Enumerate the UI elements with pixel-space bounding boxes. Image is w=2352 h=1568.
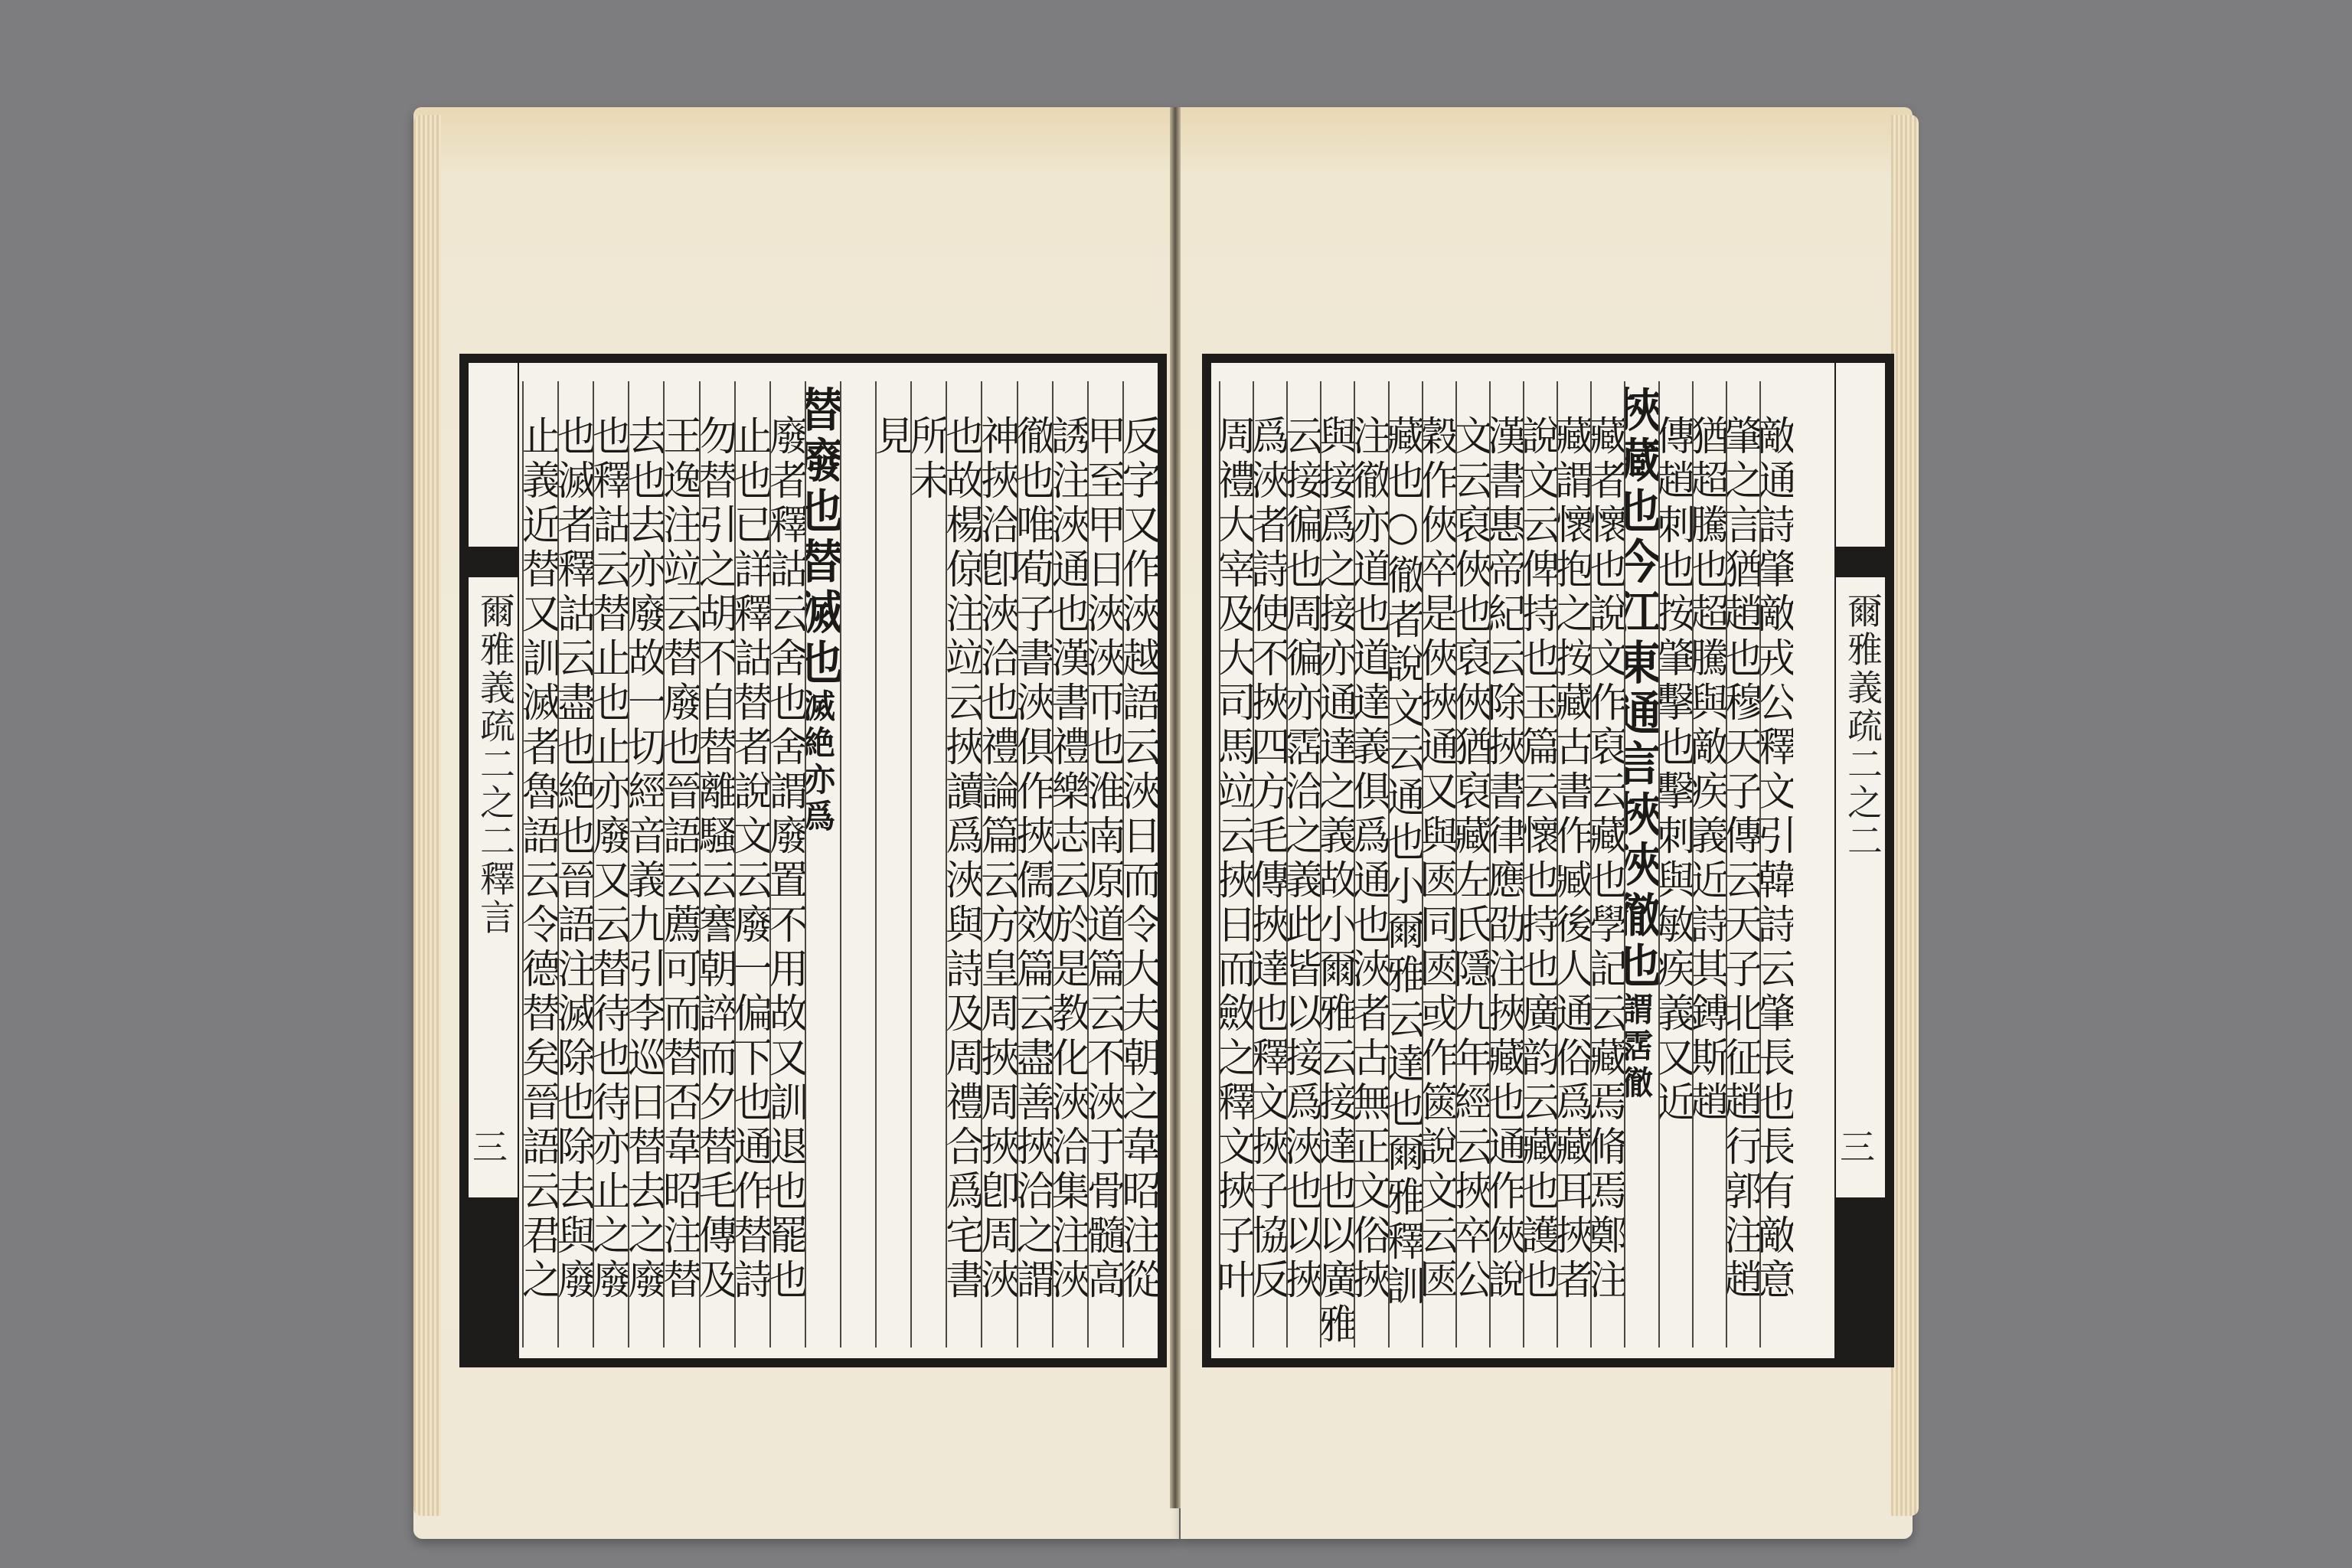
text-column: 神挾洽卽浹洽也禮論篇云方皇周挾周挾卽周浹 bbox=[981, 381, 1016, 1347]
headword-note: 謂霑徹 bbox=[1624, 992, 1654, 1102]
text-column: 敵通詩肇敵戎公釋文引韓詩云肇長也長有敵意 bbox=[1759, 381, 1793, 1347]
text-column: 文云裒俠也裒俠猶裒藏左氏隱九年經云挾卒公 bbox=[1455, 381, 1489, 1347]
headword: 替廢也替滅也 bbox=[805, 386, 840, 689]
text-column: 廢者釋詁云舍也舍謂廢置不用故又訓退也罷也 bbox=[769, 381, 805, 1347]
text-column: 猶超騰也超騰與敵疾義近詩其鎛斯趙 bbox=[1692, 381, 1726, 1347]
text-column: 藏也○徹者說文云通也小爾雅云達也爾雅釋訓 bbox=[1388, 381, 1422, 1347]
headword-column: 替廢也替滅也滅絶亦爲 bbox=[805, 381, 840, 1347]
text-column: 穀作俠卒是俠挾通又與匧同匧或作篋說文云匧 bbox=[1422, 381, 1455, 1347]
text-column: 止也已詳釋詁替者說文云廢一偏下也通作替詩 bbox=[734, 381, 769, 1347]
text-column: 止義近替又訓滅者魯語云令德替矣晉語云君之 bbox=[522, 381, 557, 1347]
text-column: 所未 bbox=[910, 381, 946, 1347]
fish-tail-ornament bbox=[1836, 547, 1885, 577]
open-book: 爾雅義疏二之二釋言 三 反字又作浹越語云浹日而令大夫朝之韋昭注從 甲至甲日浹浹帀… bbox=[0, 0, 2352, 1568]
text-column: 也釋詁云替止也止亦廢又云替待也待亦止之廢 bbox=[593, 381, 628, 1347]
right-print-frame: 爾雅義疏二之二 三 敵通詩肇敵戎公釋文引韓詩云肇長也長有敵意 肇之言猶趙也穆天子… bbox=[1202, 354, 1894, 1367]
text-column: 勿替引之胡不自替離騷云謇朝誶而夕替毛傳及 bbox=[699, 381, 734, 1347]
text-column: 漢書惠帝紀云除挾書律應劭注挾藏也通作俠說 bbox=[1489, 381, 1523, 1347]
banxin-page-number: 三 bbox=[473, 1129, 513, 1164]
text-column: 注徹亦道也道達義俱爲通也浹者古無正文俗挾 bbox=[1354, 381, 1387, 1347]
text-column: 肇之言猶趙也穆天子傳云天子北征趙行郭注趙 bbox=[1726, 381, 1759, 1347]
black-mouth-ornament bbox=[469, 1197, 518, 1358]
left-text-columns: 反字又作浹越語云浹日而令大夫朝之韋昭注從 甲至甲日浹浹帀也淮南原道篇云不浹于骨髓… bbox=[522, 381, 1158, 1347]
blank-column bbox=[840, 381, 875, 1347]
text-column: 與接爲之接亦通達之義故小爾雅云接達也以廣雅 bbox=[1320, 381, 1354, 1347]
text-column: 見 bbox=[875, 381, 910, 1347]
headword-column: 挾藏也今江東通言挾浹徹也謂霑徹 bbox=[1624, 381, 1658, 1347]
right-banxin: 爾雅義疏二之二 三 bbox=[1834, 363, 1886, 1358]
text-column: 去也去亦廢故一切經音義九引李巡日替去之廢 bbox=[628, 381, 663, 1347]
text-column: 藏者懷也說文作裒云藏也學記云藏焉脩焉鄭注 bbox=[1590, 381, 1624, 1347]
text-column: 也滅者釋詁云盡也絶也晉語注滅除也除去與廢 bbox=[557, 381, 593, 1347]
banxin-title: 爾雅義疏二之二釋言 bbox=[473, 593, 513, 937]
left-print-frame: 爾雅義疏二之二釋言 三 反字又作浹越語云浹日而令大夫朝之韋昭注從 甲至甲日浹浹帀… bbox=[459, 354, 1167, 1367]
headword-note: 滅絶亦爲 bbox=[805, 689, 836, 836]
black-mouth-ornament bbox=[1836, 1197, 1885, 1358]
right-page-edges bbox=[1891, 115, 1919, 1516]
text-column: 反字又作浹越語云浹日而令大夫朝之韋昭注從 bbox=[1122, 381, 1158, 1347]
text-column: 王逸注竝云替廢也晉語云薦可而替否韋昭注替 bbox=[663, 381, 698, 1347]
fish-tail-ornament bbox=[469, 547, 518, 577]
banxin-page-number: 三 bbox=[1841, 1129, 1880, 1164]
text-column: 藏謂懷抱之按藏古書作臧後人通俗爲藏耳挾者 bbox=[1557, 381, 1590, 1347]
right-text-columns: 敵通詩肇敵戎公釋文引韓詩云肇長也長有敵意 肇之言猶趙也穆天子傳云天子北征趙行郭注… bbox=[1219, 381, 1793, 1347]
headword: 挾藏也今江東通言挾浹徹也 bbox=[1624, 386, 1658, 992]
banxin-title: 爾雅義疏二之二 bbox=[1841, 593, 1880, 861]
text-column: 云接徧也周徧亦霑洽之義此皆以接爲浹也以挾 bbox=[1286, 381, 1320, 1347]
text-column: 徹也唯荀子書浹俱作挾儒效篇云盡善挾洽之謂 bbox=[1017, 381, 1052, 1347]
text-column: 說文云俾持也玉篇云懷也持也廣韵云藏也護也 bbox=[1523, 381, 1557, 1347]
left-page-edges bbox=[413, 115, 441, 1516]
book-gutter bbox=[1170, 107, 1181, 1508]
text-column: 誘注浹通也漢書禮樂志云於是教化浹洽集注浹 bbox=[1052, 381, 1087, 1347]
text-column: 爲浹者詩使不挾四方毛傳挾達也釋文挾子協反 bbox=[1253, 381, 1286, 1347]
text-column: 周禮大宰及大司馬竝云挾日而斂之釋文挾子叶 bbox=[1219, 381, 1253, 1347]
left-banxin: 爾雅義疏二之二釋言 三 bbox=[467, 363, 519, 1358]
text-column: 甲至甲日浹浹帀也淮南原道篇云不浹于骨髓高 bbox=[1087, 381, 1122, 1347]
text-column: 也故楊倞注竝云挾讀爲浹與詩及周禮合爲宅書 bbox=[946, 381, 981, 1347]
text-column: 傳趙刺也按肇擊也擊刺與敏疾義又近 bbox=[1658, 381, 1692, 1347]
